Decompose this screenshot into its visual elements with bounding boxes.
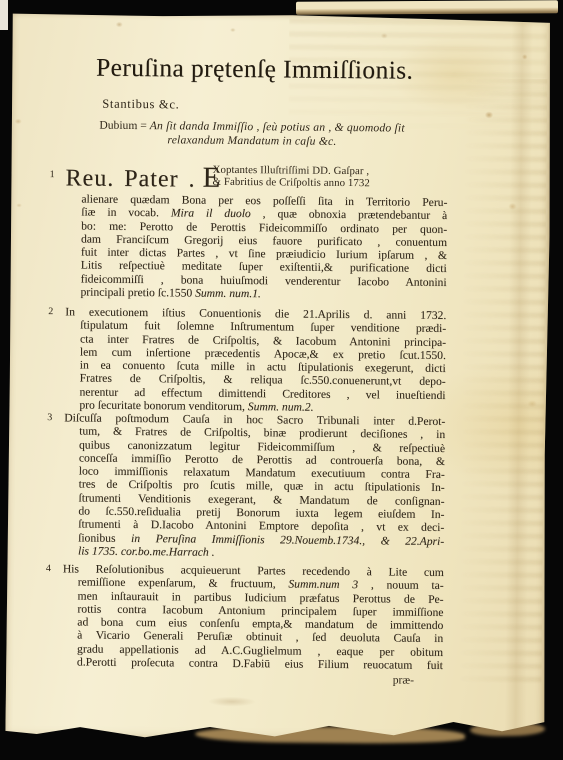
scanned-document: Peruſina prętenſę Immiſſionis. Stantibus…	[0, 0, 563, 760]
salutation-text: Reu. Pater .	[65, 165, 195, 192]
paragraph-number: 1	[50, 169, 55, 180]
paragraph-2: 2In executionem iſtius Conuentionis die …	[47, 305, 446, 415]
subtitle: Stantibus &c.	[102, 97, 179, 113]
catchword: præ-	[393, 674, 414, 687]
bleedthrough-texture	[446, 78, 548, 689]
page-title: Peruſina prętenſę Immiſſionis.	[67, 52, 443, 86]
paragraph-number: 3	[47, 412, 52, 423]
initial-wrap-lines: Xoptantes Illuſtriſſimi DD. Gaſpar , & F…	[213, 165, 371, 190]
dubium-label: Dubium =	[99, 119, 147, 132]
salutation: Reu. Pater .E	[65, 160, 220, 194]
body-line: & Fabritius de Criſpoltis anno 1732	[213, 176, 370, 189]
paragraph-number: 2	[48, 306, 53, 317]
body-line: d.Perotti proſecuta contra D.Fabiū eius …	[77, 656, 443, 673]
paragraph-1: alienare quædam Bona per eos poſſeſſi ſi…	[48, 192, 447, 302]
paragraph-3: 3Diſcuſſa poſtmodum Cauſa in hoc Sacro T…	[46, 411, 445, 561]
paragraph-4: 4His Reſolutionibus acquieuerunt Partes …	[45, 562, 444, 672]
paragraph-number: 4	[46, 563, 51, 574]
document-page: Peruſina prętenſę Immiſſionis. Stantibus…	[4, 12, 552, 747]
scanner-corner-artifact	[0, 0, 8, 30]
back-leaf-edge	[296, 0, 558, 15]
dubium-question: An ſit danda Immiſſio , ſeù potius an , …	[150, 119, 405, 134]
dubium-heading: Dubium = An ſit danda Immiſſio , ſeù pot…	[56, 118, 448, 150]
